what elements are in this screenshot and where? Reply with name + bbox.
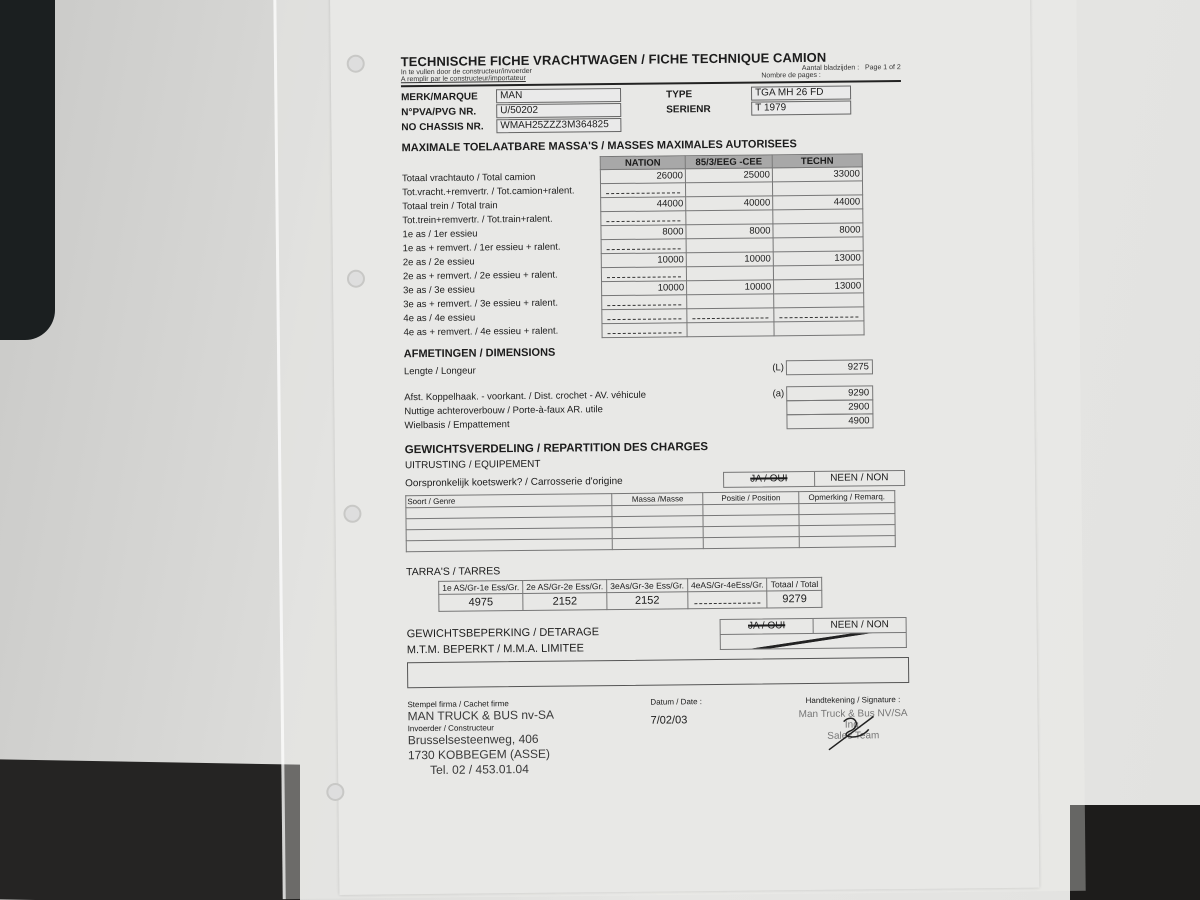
masses-row-label: 4e as + remvert. / 4e essieu + ralent. [403, 324, 601, 340]
masses-cell [687, 308, 774, 323]
masses-cell: 25000 [685, 168, 772, 183]
weight-limit-choice: JA / OUI NEEN / NON [720, 617, 907, 635]
masses-cell [601, 211, 686, 226]
stamp-city: 1730 KOBBEGEM (ASSE) [408, 747, 555, 764]
dimensions-list: Lengte / Longeur(L)9275Afst. Koppelhaak.… [404, 359, 905, 432]
date-label: Datum / Date : [650, 697, 702, 707]
equipment-heading: UITRUSTING / EQUIPEMENT [405, 455, 905, 471]
masses-cell [686, 238, 773, 253]
masses-cell [601, 239, 686, 254]
tare-col-header: 3eAs/Gr-3e Ess/Gr. [607, 579, 688, 593]
fill-instruction-fr: A remplir par le constructeur/importateu… [401, 75, 526, 83]
limit-details-box [407, 657, 909, 688]
masses-cell: 26000 [600, 169, 685, 184]
tare-value: 2152 [607, 592, 688, 610]
serie-label: SERIENR [666, 103, 751, 115]
masses-cell: 33000 [772, 167, 862, 182]
tare-value: 4975 [439, 594, 523, 612]
empty-dash-line [606, 186, 680, 194]
masses-cell [687, 322, 774, 337]
dark-object-left [0, 0, 55, 340]
equipment-col-header: Positie / Position [703, 492, 799, 505]
punch-hole [326, 783, 344, 801]
equipment-cell-empty [406, 539, 613, 552]
masses-cell [685, 182, 772, 197]
stamp-street: Brusselsesteenweg, 406 [408, 732, 555, 749]
dimension-row: Lengte / Longeur(L)9275 [404, 359, 904, 378]
masses-cell [772, 181, 862, 196]
choice-yes-struck: JA / OUI [724, 472, 815, 487]
masses-cell [773, 209, 863, 224]
masses-cell [602, 309, 687, 324]
tares-heading: TARRA'S / TARRES [406, 561, 906, 578]
pva-label: N°PVA/PVG NR. [401, 106, 496, 118]
empty-dash-line [607, 298, 681, 306]
handwritten-signature-icon [823, 711, 883, 752]
dimension-value: 9275 [786, 359, 873, 375]
masses-cell [602, 323, 687, 338]
dimension-label: Lengte / Longeur [404, 362, 764, 377]
masses-heading: MAXIMALE TOELAATBARE MASSA'S / MASSES MA… [402, 137, 902, 154]
masses-cell: 44000 [773, 195, 863, 210]
merk-label: MERK/MARQUE [401, 91, 496, 103]
empty-dash-line [606, 214, 680, 222]
punch-hole [343, 505, 361, 523]
pva-value: U/50202 [496, 103, 621, 118]
stamp-company: MAN TRUCK & BUS nv-SA [407, 708, 554, 725]
date-value: 7/02/03 [651, 714, 703, 727]
page-count-label: Aantal bladzijden : [802, 64, 859, 72]
empty-dash-line [692, 311, 768, 319]
empty-dash-line [607, 312, 681, 320]
masses-cell: 10000 [686, 252, 773, 267]
original-body-choice: JA / OUI NEEN / NON [723, 470, 905, 488]
masses-cell: 10000 [687, 280, 774, 295]
dimension-label: Wielbasis / Empattement [404, 416, 764, 431]
masses-cell [602, 295, 687, 310]
equipment-cell-empty [799, 536, 895, 548]
masses-row-labels: Totaal vrachtauto / Total camionTot.vrac… [402, 156, 602, 340]
masses-col-header: 85/3/EEG -CEE [685, 155, 772, 169]
page-count-label-fr: Nombre de pages : [761, 72, 821, 80]
masses-row-label: Tot.vracht.+remvertr. / Tot.camion+ralen… [402, 184, 600, 200]
equipment-cell-empty [613, 538, 704, 550]
tare-value: 2152 [523, 593, 607, 611]
dimension-value: 4900 [786, 413, 873, 429]
masses-row [602, 321, 864, 338]
masses-cell [600, 183, 685, 198]
chassis-value: WMAH25ZZZ3M364825 [496, 118, 621, 133]
limit-blank-struck [720, 633, 907, 650]
serie-value-box: T 1979 [751, 101, 851, 116]
merk-value: MAN [496, 88, 621, 103]
type-value: TGA MH 26 FD [751, 86, 851, 101]
punch-hole [347, 270, 365, 288]
empty-dash-line [607, 270, 681, 278]
tare-value [688, 591, 768, 609]
masses-cell: 8000 [773, 223, 863, 238]
masses-cell [773, 265, 863, 280]
equipment-col-header: Opmerking / Remarq. [799, 491, 895, 504]
masses-cell [686, 266, 773, 281]
empty-dash-line [607, 326, 681, 334]
tare-col-header: Totaal / Total [767, 577, 822, 591]
dimension-prefix: (L) [764, 362, 786, 373]
masses-cell: 8000 [686, 224, 773, 239]
masses-table: NATION85/3/EEG -CEETECHN 260002500033000… [600, 153, 865, 338]
dimensions-heading: AFMETINGEN / DIMENSIONS [404, 343, 904, 360]
equipment-col-header: Massa /Masse [612, 493, 703, 506]
masses-cell [601, 267, 686, 282]
chassis-label: NO CHASSIS NR. [401, 121, 496, 133]
masses-cell: 13000 [773, 251, 863, 266]
masses-cell: 40000 [686, 196, 773, 211]
empty-dash-line [607, 242, 681, 250]
equipment-table: Soort / GenreMassa /MassePositie / Posit… [405, 490, 896, 552]
masses-section: Totaal vrachtauto / Total camionTot.vrac… [402, 153, 904, 340]
limit-yes-struck: JA / OUI [721, 619, 814, 634]
tares-table: 1e AS/Gr-1e Ess/Gr.2e AS/Gr-2e Ess/Gr.3e… [438, 577, 822, 612]
tare-col-header: 4eAS/Gr-4eEss/Gr. [687, 578, 767, 592]
document-page: TECHNISCHE FICHE VRACHTWAGEN / FICHE TEC… [330, 0, 1039, 895]
dark-floor-bottom-right [1070, 805, 1200, 900]
limit-no: NEEN / NON [814, 618, 906, 633]
masses-cell [686, 210, 773, 225]
technical-sheet: TECHNISCHE FICHE VRACHTWAGEN / FICHE TEC… [401, 49, 909, 778]
masses-col-header: NATION [600, 156, 685, 170]
masses-cell: 10000 [602, 281, 687, 296]
tare-col-header: 2e AS/Gr-2e Ess/Gr. [523, 580, 607, 594]
page-count: Page 1 of 2 [865, 64, 901, 71]
punch-hole [347, 55, 365, 73]
original-body-question: Oorspronkelijk koetswerk? / Carrosserie … [405, 475, 623, 488]
signature-label: Handtekening / Signature : [798, 695, 907, 705]
empty-dash-line [694, 596, 761, 604]
empty-dash-line [779, 310, 858, 318]
serie-prefix: T [755, 102, 761, 113]
serie-value: 1979 [764, 102, 786, 113]
masses-cell: 44000 [601, 197, 686, 212]
footer: Stempel firma / Cachet firme MAN TRUCK &… [407, 695, 908, 778]
masses-col-header: TECHN [772, 154, 862, 168]
vehicle-identity: MERK/MARQUE MAN TYPE TGA MH 26 FD N°PVA/… [401, 85, 901, 134]
masses-cell: 8000 [601, 225, 686, 240]
equipment-cell-empty [703, 537, 799, 549]
masses-cell: 13000 [774, 279, 864, 294]
masses-cell [774, 321, 864, 336]
masses-cell [774, 293, 864, 308]
masses-cell: 10000 [601, 253, 686, 268]
dimension-prefix: (a) [764, 388, 786, 399]
mma-limited-heading: M.T.M. BEPERKT / M.M.A. LIMITEE [407, 640, 599, 658]
masses-cell [773, 237, 863, 252]
choice-no: NEEN / NON [815, 471, 905, 486]
masses-cell [774, 307, 864, 322]
masses-cell [687, 294, 774, 309]
tare-value: 9279 [767, 590, 822, 608]
dark-floor-bottom-left [0, 759, 300, 900]
stamp-phone: Tel. 02 / 453.01.04 [408, 762, 555, 779]
distribution-heading: GEWICHTSVERDELING / REPARTITION DES CHAR… [405, 439, 905, 456]
type-label: TYPE [666, 88, 751, 100]
tare-col-header: 1e AS/Gr-1e Ess/Gr. [439, 581, 523, 595]
